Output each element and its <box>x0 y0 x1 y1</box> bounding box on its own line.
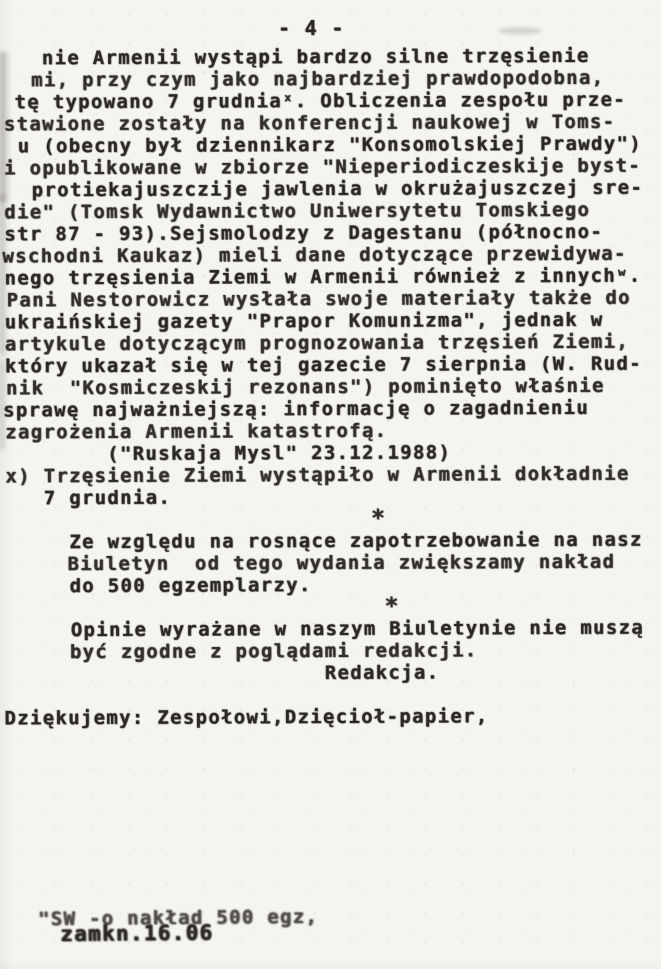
text-line: u (obecny był dziennikarz "Konsomolskiej… <box>5 133 661 158</box>
text-line: ukraińskiej gazety "Prapor Komunizma", j… <box>5 309 661 334</box>
text-line: który ukazał się w tej gazecie 7 sierpni… <box>5 353 661 378</box>
text-line: być zgodne z poglądami redakcji. <box>6 639 661 664</box>
text-line <box>6 683 661 708</box>
text-line: die" (Tomsk Wydawnictwo Uniwersytetu Tom… <box>4 199 660 224</box>
scan-smudge <box>498 27 542 35</box>
text-line: mi, przy czym jako najbardziej prawdopod… <box>6 67 661 92</box>
text-line: Redakcja. <box>6 661 661 686</box>
text-line: sprawę najważniejszą: informację o zagad… <box>3 397 659 422</box>
text-line: Dziękujemy: Zespołowi,Dzięcioł-papier, <box>4 705 660 730</box>
text-line: * <box>6 595 661 620</box>
text-line: nego trzęsienia Ziemi w Armenii również … <box>4 265 660 290</box>
print-run-footer: "SW -o nakład 500 egz, zamkn.16.06 <box>38 907 319 944</box>
footer-closing-date: zamkn.16.06 <box>60 922 318 944</box>
text-line: ("Ruskaja Mysl" 23.12.1988) <box>5 441 661 466</box>
text-line: protiekajuszczije jawlenia w okrużajuszc… <box>6 177 661 202</box>
text-line: Biuletyn od tego wydania zwiększamy nakł… <box>4 551 660 576</box>
text-line: stawione zostały na konferencji naukowej… <box>4 111 660 136</box>
text-line: nie Armenii wystąpi bardzo silne trzęsie… <box>4 45 660 70</box>
text-line: Pani Nestorowicz wysłała swoje materiały… <box>7 287 661 312</box>
document-page: - 4 - nie Armenii wystąpi bardzo silne t… <box>0 0 661 969</box>
text-line: tę typowano 7 grudniaˣ. Obliczenia zespo… <box>2 89 658 114</box>
typewritten-text: nie Armenii wystąpi bardzo silne trzęsie… <box>4 45 661 730</box>
text-line: artykule dotyczącym prognozowania trzęsi… <box>5 331 661 356</box>
text-line: x) Trzęsienie Ziemi wystąpiło w Armenii … <box>5 463 661 488</box>
text-line: zagrożenia Armenii katastrofą. <box>5 419 661 444</box>
text-line: * <box>8 507 661 532</box>
text-line: str 87 - 93).Sejsmolodzy z Dagestanu (pó… <box>4 221 660 246</box>
text-line: wschodni Kaukaz) mieli dane dotyczące pr… <box>2 243 658 268</box>
text-line: nik "Kosmiczeskij rezonans") pominięto w… <box>6 375 661 400</box>
page-number: - 4 - <box>278 16 345 40</box>
text-line: i opublikowane w zbiorze "Nieperiodiczes… <box>4 155 660 180</box>
text-line: Opinie wyrażane w naszym Biuletynie nie … <box>7 617 661 642</box>
